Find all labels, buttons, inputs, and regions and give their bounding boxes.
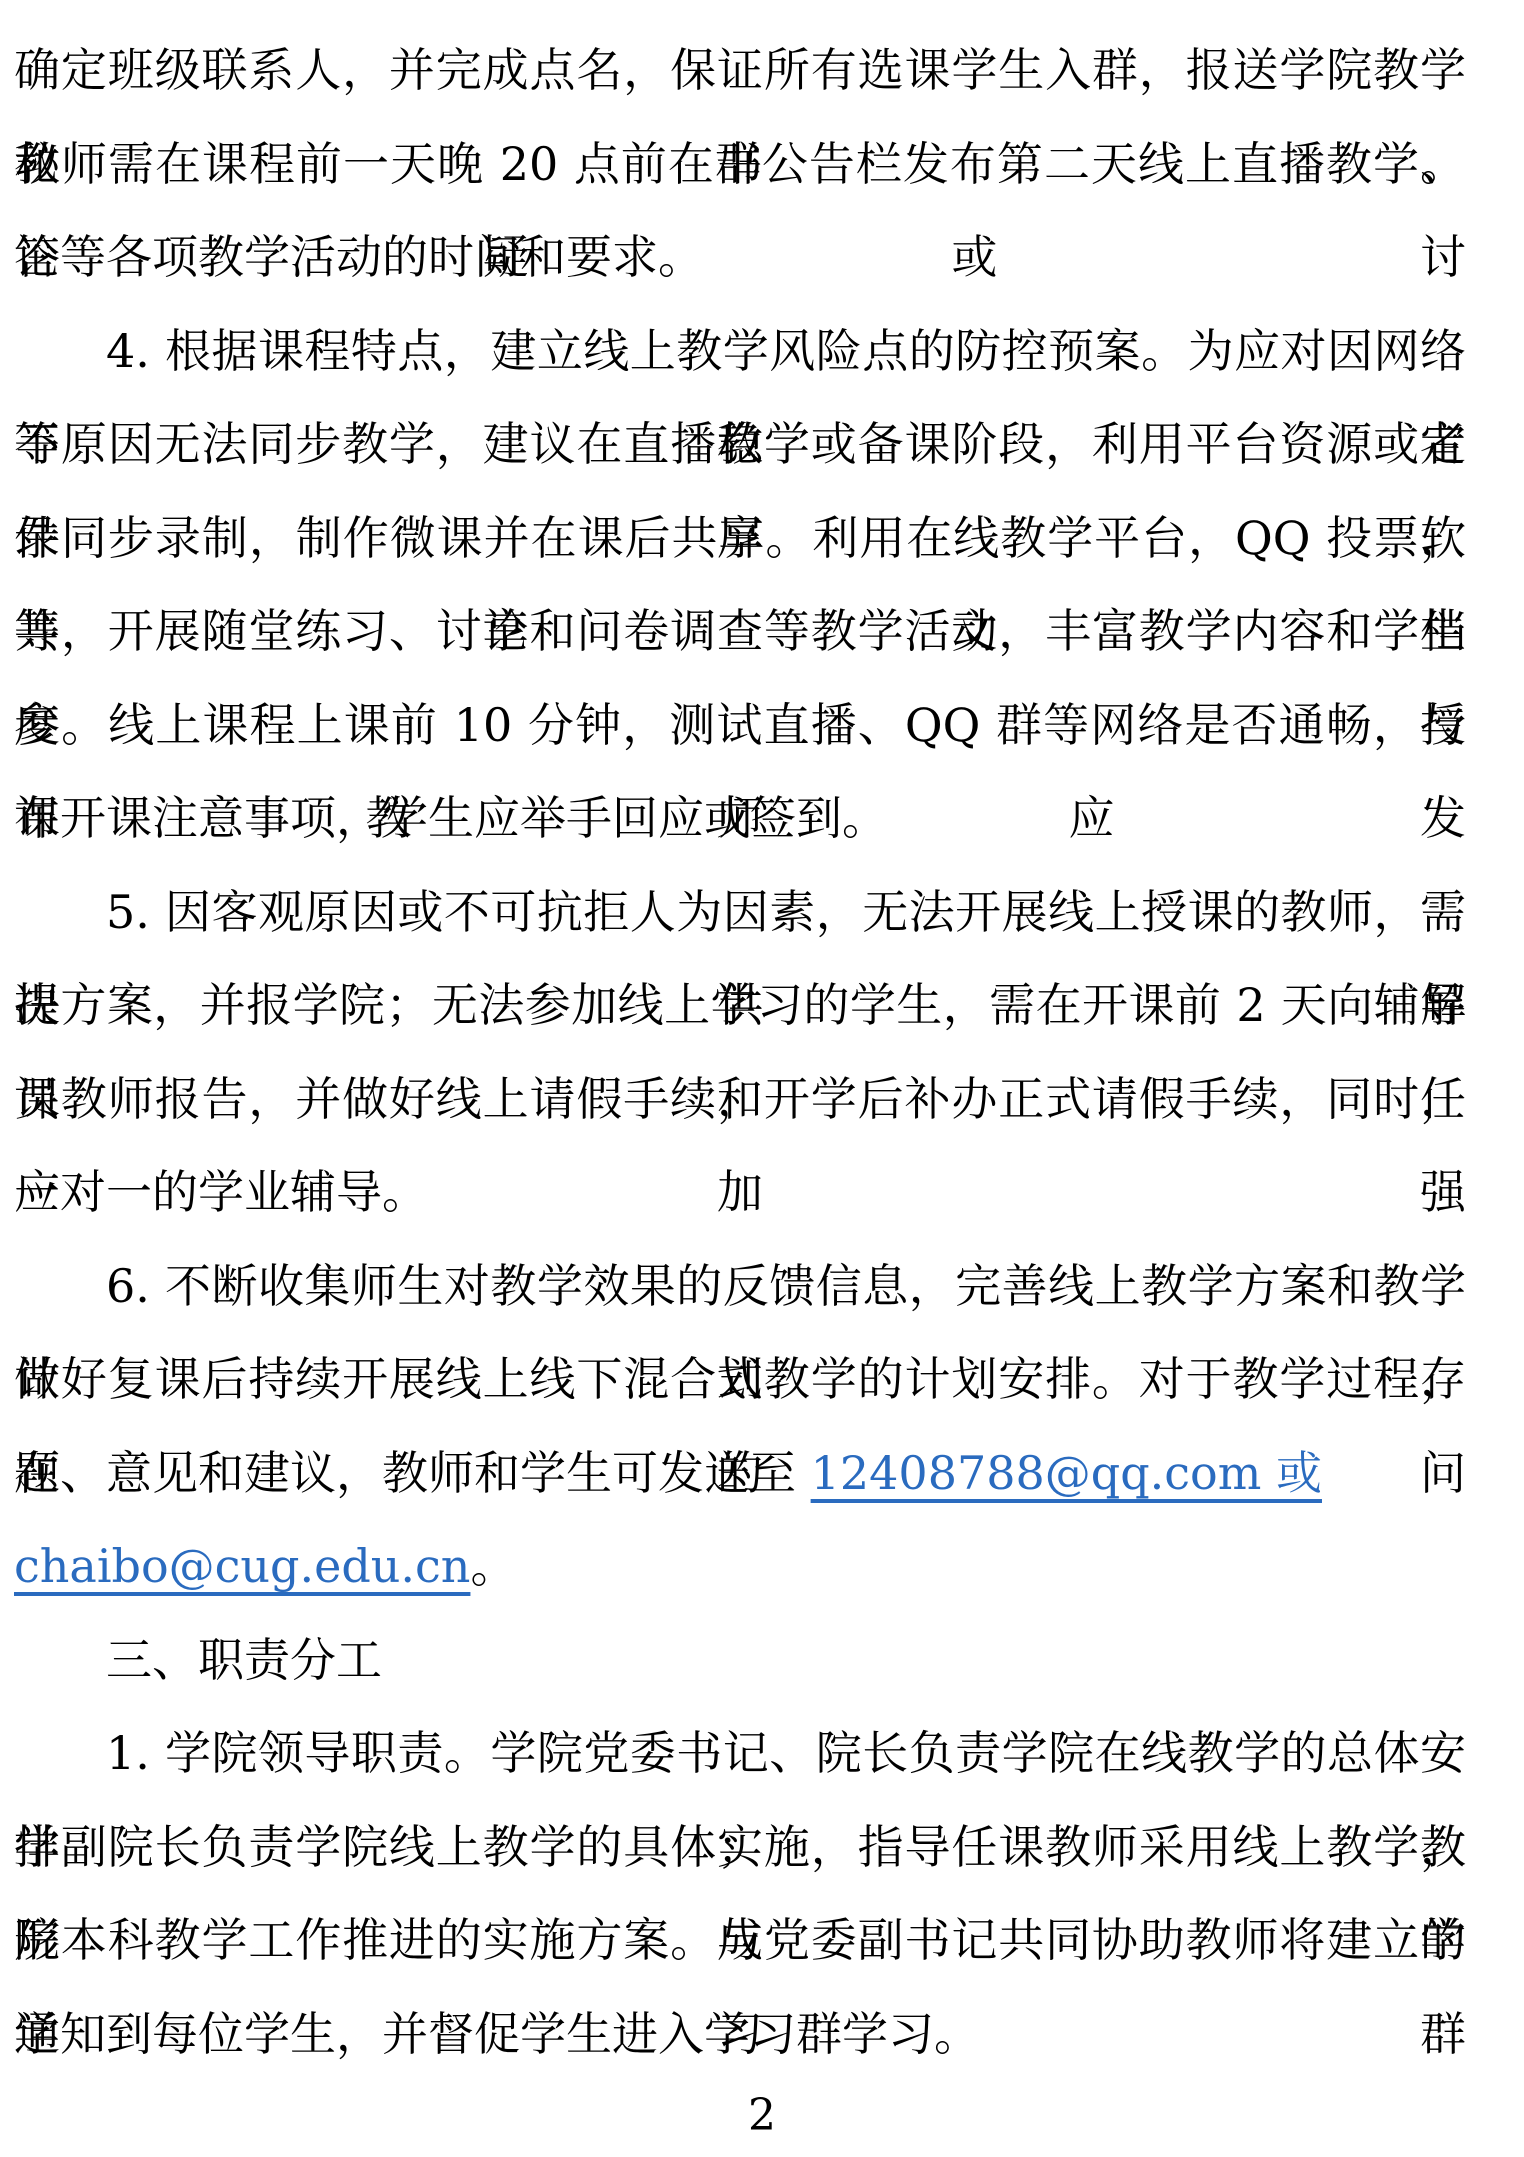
- text-line: 件同步录制，制作微课并在课后共享。利用在线教学平台，QQ 投票，共享文档: [14, 492, 1466, 586]
- text-line: 教师需在课程前一天晚 20 点前在群公告栏发布第二天线上直播教学、答疑或讨: [14, 118, 1466, 212]
- text-line: 学副院长负责学院线上教学的具体实施，指导任课教师采用线上教学，形成学: [14, 1801, 1466, 1895]
- text-lines: 确定班级联系人，并完成点名，保证所有选课学生入群，报送学院教学秘书。教师需在课程…: [14, 24, 1466, 2081]
- text-line: 决方案，并报学院；无法参加线上学习的学生，需在开课前 2 天向辅导员和任: [14, 959, 1466, 1053]
- page-number: 2: [0, 2086, 1524, 2146]
- text-line: 5. 因客观原因或不可抗拒人为因素，无法开展线上授课的教师，需提供解: [14, 866, 1466, 960]
- email-link[interactable]: 12408788@qq.com 或: [811, 1446, 1322, 1500]
- text-line: 院本科教学工作推进的实施方案。与党委副书记共同协助教师将建立的学习群: [14, 1894, 1466, 1988]
- text-line: 确定班级联系人，并完成点名，保证所有选课学生入群，报送学院教学秘书。: [14, 24, 1466, 118]
- text-line: 4. 根据课程特点，建立线上教学风险点的防控预案。为应对因网络不稳定: [14, 305, 1466, 399]
- text-line: chaibo@cug.edu.cn。: [14, 1520, 1466, 1614]
- text-line: 做好复课后持续开展线上线下混合式教学的计划安排。对于教学过程存在的问: [14, 1333, 1466, 1427]
- text-line: 题、意见和建议，教师和学生可发送至 12408788@qq.com 或: [14, 1427, 1466, 1521]
- text-line: 课教师报告，并做好线上请假手续，开学后补办正式请假手续，同时，应加强: [14, 1053, 1466, 1147]
- text-line: 1. 学院领导职责。学院党委书记、院长负责学院在线教学的总体安排；教: [14, 1707, 1466, 1801]
- email-link[interactable]: chaibo@cug.edu.cn: [14, 1539, 470, 1593]
- text-line: 度。线上课程上课前 10 分钟，测试直播、QQ 群等网络是否通畅，授课教师应发: [14, 679, 1466, 773]
- text-line: 等原因无法同步教学，建议在直播教学或备课阶段，利用平台资源或者录屏软: [14, 398, 1466, 492]
- text-line: 三、职责分工: [14, 1614, 1466, 1708]
- document-page: 确定班级联系人，并完成点名，保证所有选课学生入群，报送学院教学秘书。教师需在课程…: [0, 0, 1524, 2157]
- text-line: 6. 不断收集师生对教学效果的反馈信息，完善线上教学方案和教学计划，: [14, 1240, 1466, 1334]
- text-line: 等，开展随堂练习、讨论和问卷调查等教学活动，丰富教学内容和学生参与: [14, 585, 1466, 679]
